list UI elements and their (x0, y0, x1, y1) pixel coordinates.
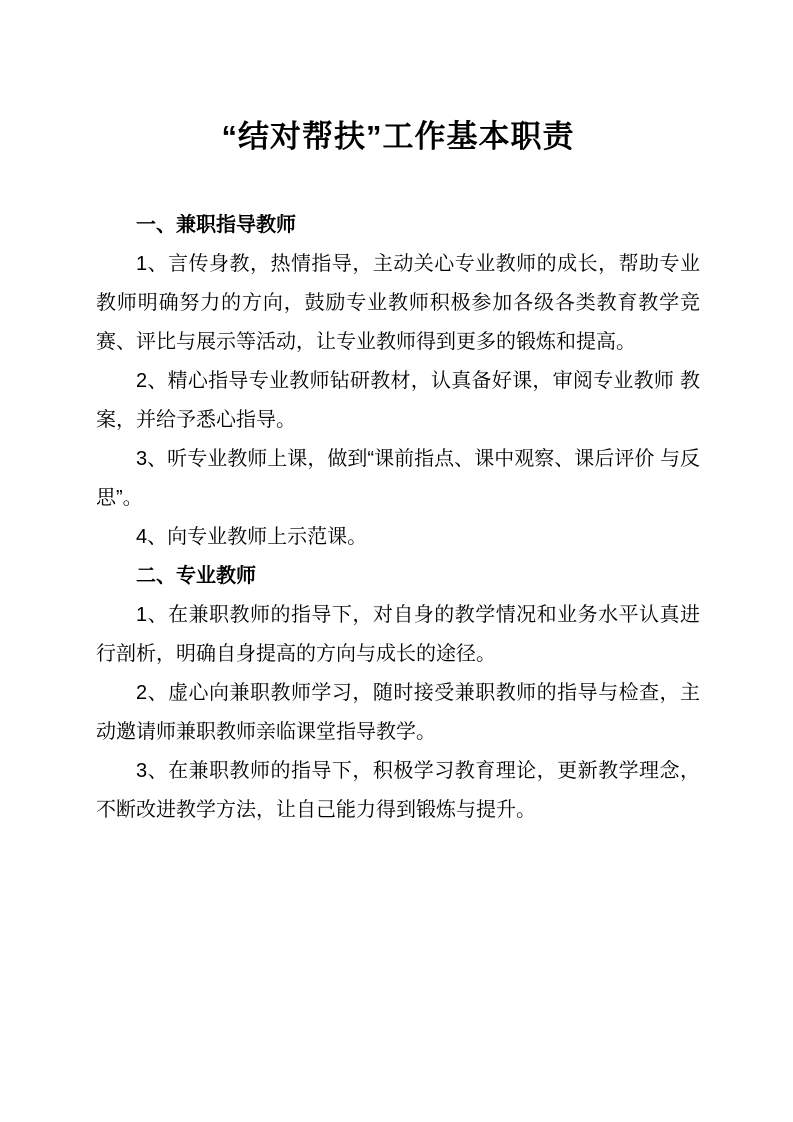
paragraph: 3、在兼职教师的指导下，积极学习教育理论，更新教学理念， 不断改进教学方法，让自… (96, 752, 700, 830)
paragraph: 1、在兼职教师的指导下，对自身的教学情况和业务水平认真进行剖析，明确自身提高的方… (96, 596, 700, 674)
paragraph: 3、听专业教师上课，做到“课前指点、课中观察、课后评价 与反思”。 (96, 440, 700, 518)
page-title: “结对帮扶”工作基本职责 (96, 118, 700, 156)
paragraph: 2、虚心向兼职教师学习，随时接受兼职教师的指导与检查，主动邀请师兼职教师亲临课堂… (96, 674, 700, 752)
section-heading-mentor-teachers: 一、兼职指导教师 (96, 206, 700, 245)
paragraph: 2、精心指导专业教师钻研教材，认真备好课，审阅专业教师 教案，并给予悉心指导。 (96, 362, 700, 440)
section-heading-professional-teachers: 二、专业教师 (96, 557, 700, 596)
paragraph: 4、向专业教师上示范课。 (96, 518, 700, 557)
paragraph: 1、言传身教，热情指导，主动关心专业教师的成长，帮助专业教师明确努力的方向，鼓励… (96, 245, 700, 362)
section-professional-teachers: 二、专业教师 1、在兼职教师的指导下，对自身的教学情况和业务水平认真进行剖析，明… (96, 557, 700, 830)
document-page: “结对帮扶”工作基本职责 一、兼职指导教师 1、言传身教，热情指导，主动关心专业… (0, 0, 793, 1122)
section-mentor-teachers: 一、兼职指导教师 1、言传身教，热情指导，主动关心专业教师的成长，帮助专业教师明… (96, 206, 700, 557)
